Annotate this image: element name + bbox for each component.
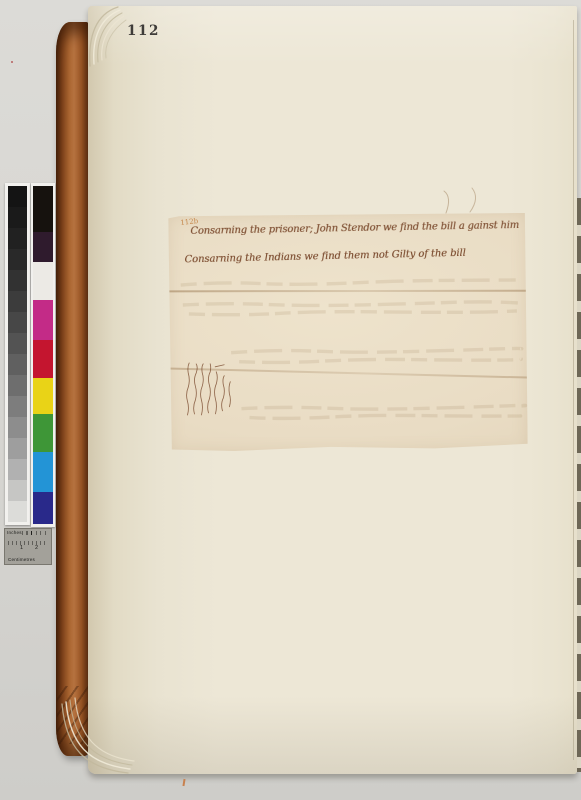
centimetre-tick-marks (8, 541, 48, 545)
grayscale-step (8, 186, 27, 207)
bleedthrough-band (231, 348, 522, 353)
ruler-number-2: 2 (35, 545, 38, 551)
red-speck (11, 61, 13, 63)
grayscale-step (8, 438, 27, 459)
bleedthrough-band (250, 415, 521, 419)
spine-ridges (57, 686, 89, 744)
grayscale-step (8, 417, 27, 438)
bleedthrough-band (181, 280, 516, 285)
color-patch-navy (33, 492, 53, 524)
color-patch-cyan (33, 452, 53, 492)
inch-tick-marks (22, 531, 49, 535)
page-fore-edge-line (573, 20, 574, 760)
orange-fiber (182, 779, 185, 786)
color-patch-black (33, 186, 53, 232)
grayscale-step (8, 459, 27, 480)
bleedthrough-band (239, 359, 521, 363)
fore-edge-page-stack (577, 198, 581, 772)
bleedthrough-band (189, 311, 517, 315)
ruler-number-1: 1 (20, 545, 23, 551)
archival-photo-stage: Inches 1 2 Centimetres 112 112b Consarni… (0, 0, 581, 800)
manuscript-document: 112b Consarning the prisoner; John Stend… (168, 213, 527, 453)
color-calibration-strip (33, 186, 53, 524)
grayscale-step (8, 291, 27, 312)
color-patch-yellow (33, 378, 53, 414)
grayscale-step (8, 354, 27, 375)
bleedthrough-band (183, 302, 518, 307)
grayscale-step (8, 396, 27, 417)
color-patch-green (33, 414, 53, 452)
color-patch-dark-violet (33, 232, 53, 262)
ink-bleedthrough-and-docket (168, 213, 527, 453)
grayscale-step (8, 480, 27, 501)
grayscale-step (8, 207, 27, 228)
ruler-inches-label: Inches (7, 530, 22, 535)
color-patch-red (33, 340, 53, 378)
grayscale-step (8, 249, 27, 270)
grayscale-strip (8, 186, 27, 522)
page-number: 112 (127, 23, 160, 39)
ruler-card: Inches 1 2 Centimetres (4, 528, 52, 565)
rotated-docket-note (186, 363, 230, 415)
ruler-centimetres-label: Centimetres (8, 557, 35, 562)
color-patch-magenta (33, 300, 53, 340)
grayscale-step (8, 501, 27, 522)
book-spine (56, 22, 90, 756)
bleedthrough-band (241, 405, 525, 410)
grayscale-step (8, 312, 27, 333)
grayscale-step (8, 375, 27, 396)
grayscale-step (8, 333, 27, 354)
grayscale-step (8, 270, 27, 291)
color-patch-white (33, 262, 53, 300)
grayscale-step (8, 228, 27, 249)
